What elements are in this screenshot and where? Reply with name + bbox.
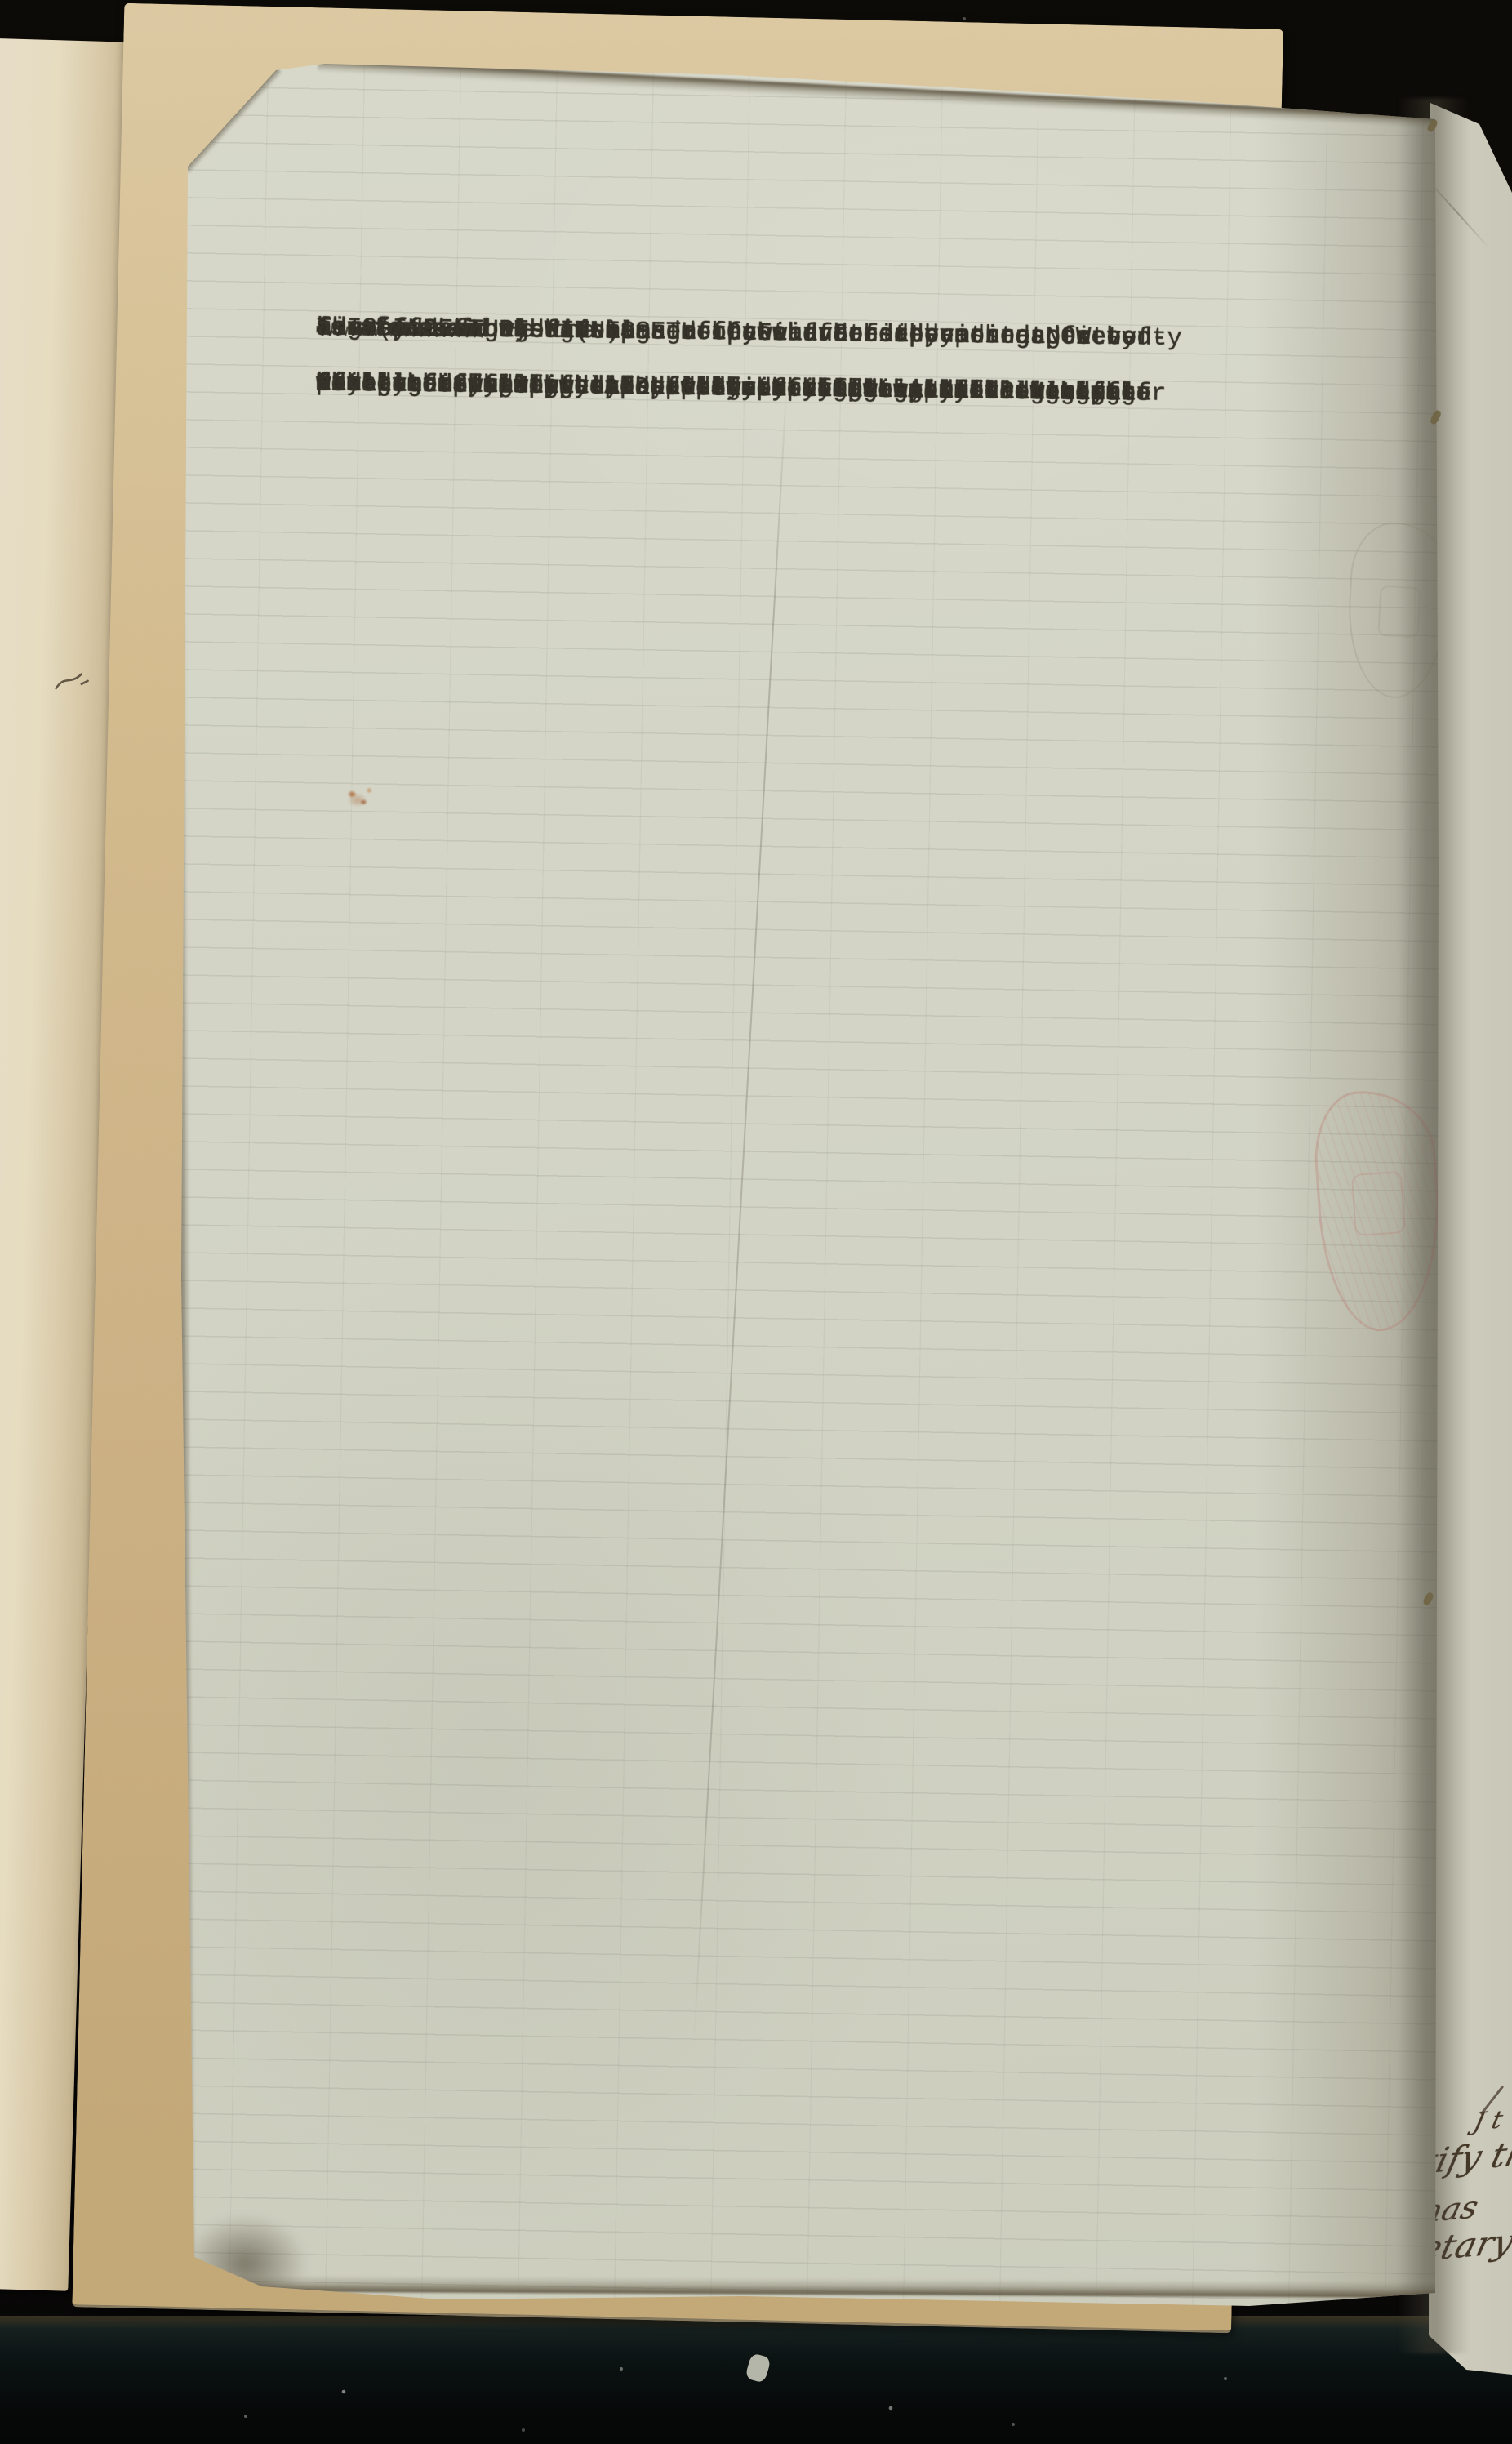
- typed-line-9: his said four shares as aforesaid as afo…: [316, 300, 489, 358]
- rust-stain: [341, 784, 377, 813]
- typed-segment: advance of one hundred pounds secured by…: [315, 356, 1136, 422]
- overstruck-text: as aforesaid: [316, 314, 489, 345]
- book-photo-scene: J t rtify th inas retary 2 thereof secur…: [0, 0, 1512, 2444]
- gutter-fold-shadow: [1398, 98, 1470, 2353]
- vertical-crease: [692, 363, 789, 2050]
- document-page: thereof secured in manner hereinafter ap…: [171, 52, 1445, 2314]
- dust-specks: [0, 0, 2, 2]
- ink-squiggle-mark: [51, 666, 93, 701]
- handwriting-fragment: J t: [1470, 2106, 1505, 2137]
- typed-text-block: thereof secured in manner hereinafter ap…: [316, 300, 489, 358]
- burnt-edge-bottom: [196, 2275, 1437, 2298]
- typed-segment: He the: [488, 303, 595, 360]
